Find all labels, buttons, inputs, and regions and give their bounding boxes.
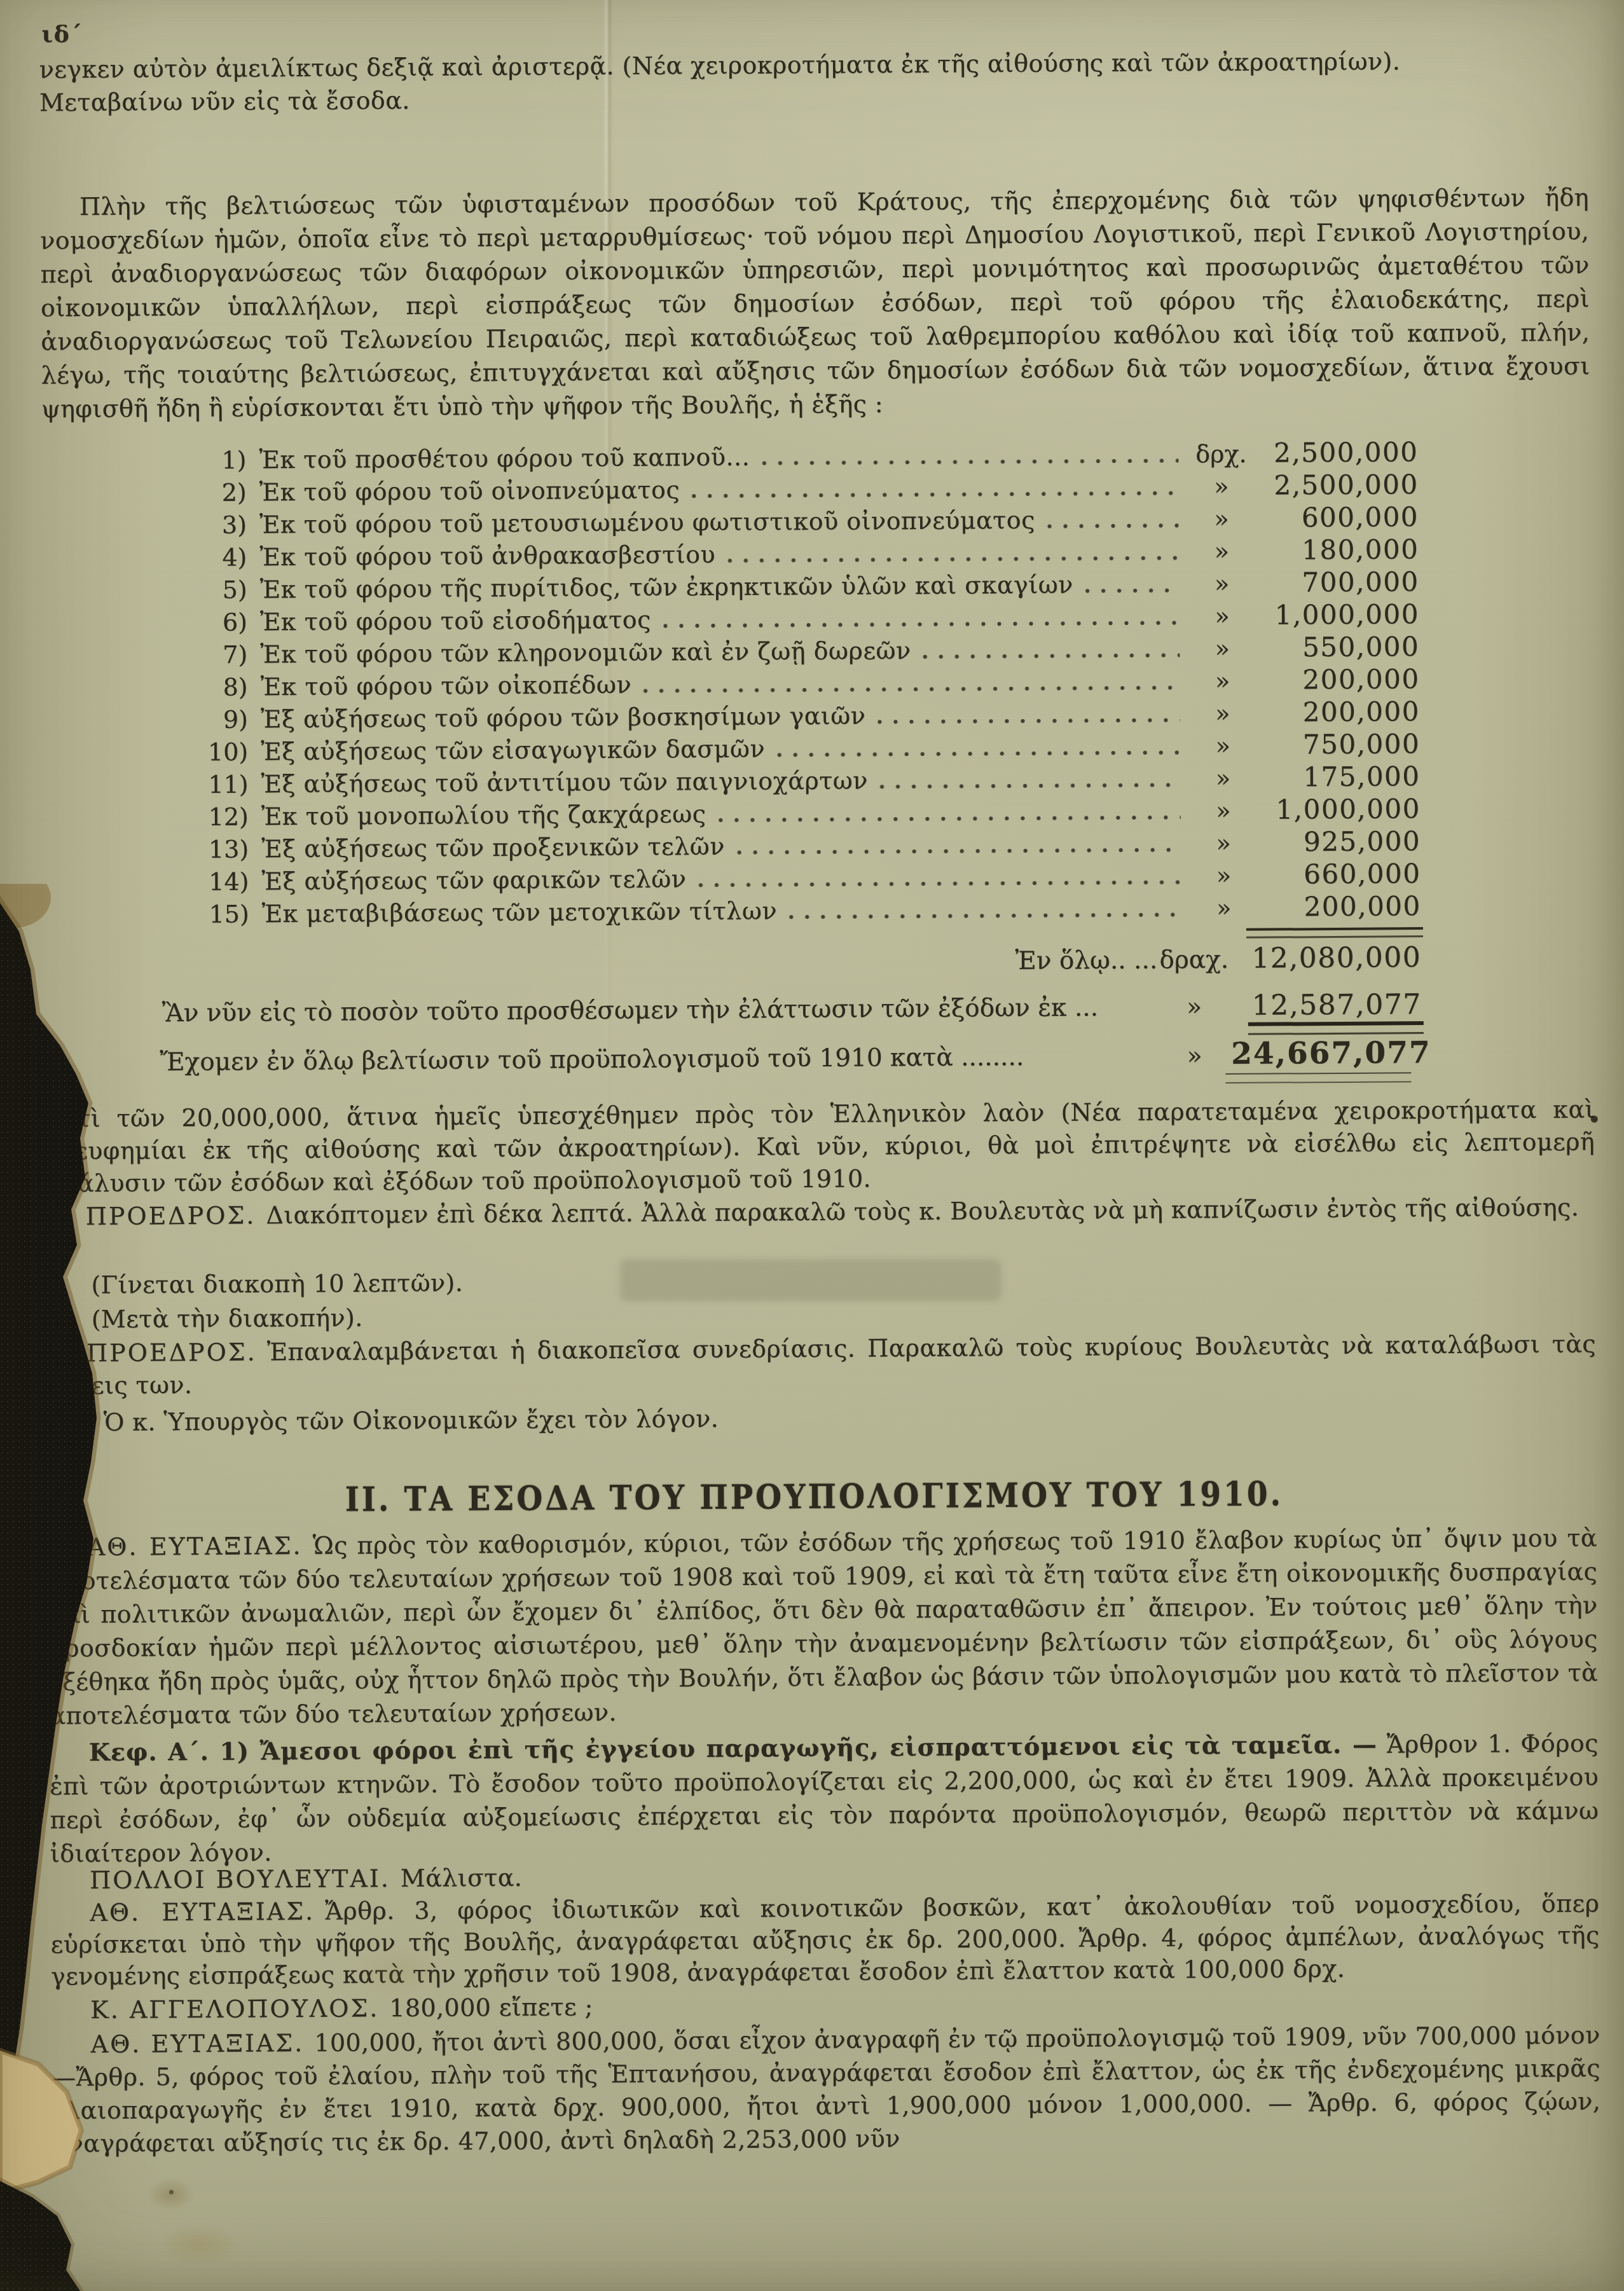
speaker-name: ΑΘ. ΕΥΤΑΞΙΑΣ. — [88, 1532, 303, 1561]
revenue-row-label: Ἐξ αὐξήσεως τῶν φαρικῶν τελῶν — [261, 865, 686, 895]
dot-leader — [712, 813, 1181, 823]
dot-leader — [686, 489, 1179, 500]
revenue-row-amount: 2,500,000 — [1256, 436, 1418, 469]
revenue-row-number: 15) — [203, 900, 249, 928]
minister-floor-line: Ὁ κ. Ὑπουργὸς τῶν Οἰκονομικῶν ἔχει τὸν λ… — [47, 1396, 1624, 1439]
revenue-row-currency: » — [1187, 602, 1257, 631]
addition-amount: 12,587,077 — [1231, 988, 1422, 1022]
grand-total-row: Ἔχομεν ἐν ὅλῳ βελτίωσιν τοῦ προϋπολογισμ… — [160, 1035, 1422, 1078]
revenue-row-currency: » — [1187, 537, 1256, 566]
spacer — [203, 969, 1015, 974]
speech-eftaxias-overview: ΑΘ. ΕΥΤΑΞΙΑΣ.Ὡς πρὸς τὸν καθορισμόν, κύρ… — [48, 1521, 1599, 1733]
revenue-row-currency: » — [1188, 797, 1258, 825]
revenue-row-amount: 660,000 — [1258, 858, 1421, 890]
revenue-row-currency: » — [1188, 862, 1258, 890]
dot-leader — [783, 911, 1181, 921]
revenue-row-amount: 925,000 — [1258, 825, 1421, 858]
speech-text: Ἐπαναλαμβάνεται ἡ διακοπεῖσα συνεδρίασις… — [47, 1330, 1596, 1400]
page-content: ιδ΄ νεγκεν αὐτὸν ἀμειλίκτως δεξιᾷ καὶ ἀρ… — [0, 0, 1624, 2291]
revenue-row-currency: » — [1187, 472, 1256, 501]
revenue-row-number: 5) — [202, 575, 247, 603]
revenue-row-label: Ἐκ τοῦ φόρου τοῦ μετουσιωμένου φωτιστικο… — [259, 506, 1035, 539]
revenue-row-currency: » — [1188, 829, 1258, 858]
revenue-row: 15)Ἐκ μεταβιβάσεως τῶν μετοχικῶν τίτλων»… — [203, 890, 1421, 930]
paragraph-kefalaion-a: Κεφ. Α΄. 1) Ἄμεσοι φόροι ἐπὶ τῆς ἐγγείου… — [50, 1726, 1599, 1871]
revenue-row-number: 7) — [202, 640, 247, 668]
revenue-row-currency: δρχ. — [1186, 440, 1256, 469]
grand-total-rule-top — [1248, 1021, 1424, 1035]
revenue-row-label: Ἐκ τοῦ φόρου τοῦ οἰνοπνεύματος — [259, 476, 680, 506]
revenue-row-currency: » — [1187, 635, 1257, 663]
revenue-row-label: Ἐξ αὐξήσεως τῶν προξενικῶν τελῶν — [261, 832, 725, 863]
grand-total-currency: » — [1158, 1042, 1231, 1071]
ink-speck — [1591, 1115, 1598, 1122]
sum-rule-top — [1246, 927, 1423, 939]
revenue-row-currency: » — [1188, 764, 1258, 793]
total-currency: δραχ. — [1157, 946, 1230, 975]
dot-leader — [638, 684, 1180, 694]
addition-row: Ἂν νῦν εἰς τὸ ποσὸν τοῦτο προσθέσωμεν τὴ… — [162, 988, 1422, 1028]
page-number: ιδ΄ — [41, 21, 83, 48]
total-label: Ἐν ὅλῳ.. ... — [1015, 946, 1157, 975]
revenue-row-number: 6) — [202, 608, 247, 636]
revenue-row-amount: 550,000 — [1257, 631, 1419, 663]
speech-proedros-resume: ΠΡΟΕΔΡΟΣ.Ἐπαναλαμβάνεται ἡ διακοπεῖσα συ… — [47, 1328, 1597, 1402]
dot-leader — [1042, 521, 1179, 530]
revenue-row-amount: 200,000 — [1259, 890, 1421, 923]
dot-leader — [731, 846, 1181, 856]
revenue-row-label: Ἐξ αὐξήσεως τοῦ ἀντιτίμου τῶν παιγνιοχάρ… — [261, 766, 868, 798]
grand-total-rule-bottom — [1225, 1072, 1411, 1084]
revenue-row-number: 14) — [203, 867, 249, 895]
dot-leader — [756, 457, 1178, 467]
speaker-name: ΠΟΛΛΟΙ ΒΟΥΛΕΥΤΑΙ. — [90, 1864, 390, 1894]
section-heading: ΙΙ. ΤΑ ΕΣΟΔΑ ΤΟΥ ΠΡΟΥΠΟΛΟΓΙΣΜΟΥ ΤΟΥ 1910… — [48, 1475, 1580, 1520]
spacer — [1098, 1015, 1158, 1016]
revenue-row-number: 3) — [201, 511, 247, 539]
revenue-row-label: Ἐκ τοῦ μονοπωλίου τῆς ζακχάρεως — [261, 800, 706, 830]
revenue-row-currency: » — [1188, 699, 1258, 728]
revenue-list: 1)Ἐκ τοῦ προσθέτου φόρου τοῦ καπνοῦ...δρ… — [200, 436, 1421, 930]
revenue-row-currency: » — [1187, 505, 1256, 533]
kefalaion-bold-lead: Κεφ. Α΄. 1) Ἄμεσοι φόροι ἐπὶ τῆς ἐγγείου… — [89, 1730, 1377, 1766]
spacer — [1024, 1064, 1158, 1065]
ink-speck — [169, 2190, 174, 2194]
speech-text: 180,000 εἴπετε ; — [389, 1993, 593, 2022]
revenue-row-amount: 2,500,000 — [1256, 469, 1419, 501]
revenue-row-number: 12) — [203, 802, 249, 830]
total-amount: 12,080,000 — [1230, 941, 1421, 975]
dot-leader — [722, 554, 1179, 564]
revenue-row-amount: 175,000 — [1258, 760, 1420, 793]
dot-leader — [1080, 586, 1180, 595]
revenue-row-number: 11) — [202, 770, 248, 798]
revenue-row-label: Ἐκ τοῦ προσθέτου φόρου τοῦ καπνοῦ... — [259, 443, 750, 474]
speaker-name: ΠΡΟΕΔΡΟΣ. — [86, 1338, 257, 1367]
speech-text: Διακόπτομεν ἐπὶ δέκα λεπτά. Ἀλλὰ παρακαλ… — [266, 1194, 1579, 1230]
revenue-row-label: Ἐκ μεταβιβάσεως τῶν μετοχικῶν τίτλων — [262, 897, 777, 928]
speaker-name: ΑΘ. ΕΥΤΑΞΙΑΣ. — [90, 2029, 304, 2058]
dot-leader — [918, 651, 1180, 661]
speaker-name: ΑΘ. ΕΥΤΑΞΙΑΣ. — [90, 1897, 315, 1927]
revenue-row-number: 4) — [201, 543, 247, 571]
revenue-row-number: 1) — [200, 446, 246, 474]
revenue-row-label: Ἐκ τοῦ φόρου τῶν κληρονομιῶν καὶ ἐν ζωῇ … — [260, 636, 911, 668]
speech-eftaxias-arthra: ΑΘ. ΕΥΤΑΞΙΑΣ.Ἄρθρ. 3, φόρος ἰδιωτικῶν κα… — [50, 1887, 1600, 1992]
revenue-row-amount: 200,000 — [1258, 696, 1420, 728]
dot-leader — [657, 619, 1180, 630]
grand-total-label: Ἔχομεν ἐν ὅλῳ βελτίωσιν τοῦ προϋπολογισμ… — [160, 1043, 1024, 1077]
revenue-row-amount: 1,000,000 — [1258, 793, 1421, 825]
revenue-row-label: Ἐκ τοῦ φόρου τοῦ εἰσοδήματος — [260, 606, 651, 636]
paragraph-intro-revenues: Πλὴν τῆς βελτιώσεως τῶν ὑφισταμένων προσ… — [40, 181, 1590, 427]
addition-currency: » — [1158, 993, 1231, 1022]
addition-label: Ἂν νῦν εἰς τὸ ποσὸν τοῦτο προσθέσωμεν τὴ… — [162, 993, 1099, 1028]
revenue-row-currency: » — [1187, 667, 1257, 696]
revenue-row-label: Ἐκ τοῦ φόρου τοῦ ἀνθρακασβεστίου — [259, 540, 715, 571]
dot-leader — [874, 781, 1181, 790]
revenue-row-number: 9) — [202, 705, 248, 733]
revenue-row-number: 8) — [202, 673, 247, 701]
revenue-row-number: 2) — [201, 478, 247, 506]
grand-total-amount: 24,667,077 — [1231, 1035, 1422, 1071]
speech-text: Μάλιστα. — [401, 1864, 523, 1892]
revenue-row-currency: » — [1187, 570, 1256, 598]
revenue-row-number: 13) — [203, 835, 249, 863]
speaker-name: ΠΡΟΕΔΡΟΣ. — [86, 1201, 256, 1230]
speech-eftaxias-final: ΑΘ. ΕΥΤΑΞΙΑΣ.100,000, ἤτοι ἀντὶ 800,000,… — [51, 2018, 1600, 2160]
revenue-row-amount: 700,000 — [1256, 566, 1419, 598]
revenue-row-label: Ἐξ αὐξήσεως τῶν εἰσαγωγικῶν δασμῶν — [261, 734, 765, 766]
speaker-name: Κ. ΑΓΓΕΛΟΠΟΥΛΟΣ. — [90, 1994, 379, 2024]
total-row: Ἐν ὅλῳ.. ... δραχ. 12,080,000 — [203, 941, 1421, 981]
revenue-row-amount: 180,000 — [1256, 533, 1419, 566]
revenue-row-label: Ἐξ αὐξήσεως τοῦ φόρου τῶν βοσκησίμων γαι… — [261, 701, 866, 733]
paragraph-continuation-20m: ἀντὶ τῶν 20,000,000, ἅτινα ἡμεῖς ὑπεσχέθ… — [46, 1093, 1595, 1200]
revenue-row-amount: 200,000 — [1257, 663, 1419, 696]
revenue-row-currency: » — [1189, 894, 1259, 923]
revenue-row-label: Ἐκ τοῦ φόρου τῆς πυρίτιδος, τῶν ἐκρηκτικ… — [260, 570, 1073, 603]
revenue-row-currency: » — [1188, 732, 1258, 760]
dot-leader — [692, 878, 1181, 889]
dot-leader — [872, 716, 1180, 726]
revenue-row-number: 10) — [202, 738, 248, 766]
dot-leader — [771, 748, 1180, 759]
revenue-row-amount: 600,000 — [1256, 501, 1419, 533]
revenue-row-amount: 1,000,000 — [1257, 598, 1419, 631]
revenue-row-amount: 750,000 — [1258, 728, 1420, 760]
revenue-row-label: Ἐκ τοῦ φόρου τῶν οἰκοπέδων — [260, 671, 631, 701]
scanned-document-page: ιδ΄ νεγκεν αὐτὸν ἀμειλίκτως δεξιᾷ καὶ ἀρ… — [0, 0, 1624, 2291]
